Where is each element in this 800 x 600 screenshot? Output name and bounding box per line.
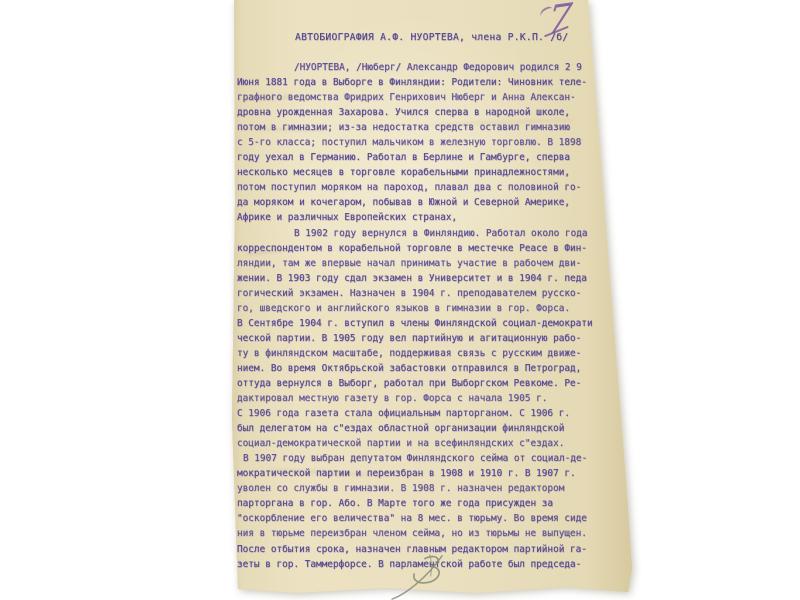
typed-line: уволен со службы в гимназии. В 1908 г. н… <box>237 481 582 496</box>
typed-line: "оскорбление его величества" на 8 мес. в… <box>237 511 582 526</box>
typed-line: да моряком и кочегаром, побывав в Южной … <box>237 195 582 210</box>
paper-sheet: АВТОБИОГРАФИЯ А.Ф. НУОРТЕВА, члена Р.К.П… <box>226 0 638 600</box>
typed-line: В 1907 году выбран депутатом Финляндског… <box>237 451 582 466</box>
typed-line: оттуда вернулся в Выборг, работал при Вы… <box>237 376 582 391</box>
typed-line: ческой партии. В 1905 году вел партийную… <box>237 331 582 346</box>
typed-line: с 5-го класса; поступил мальчиком в желе… <box>237 135 582 150</box>
typed-line: нием. Во время Октябрьской забастовки от… <box>237 361 582 376</box>
typed-line: дактировал местную газету в гор. Форса с… <box>237 391 582 406</box>
typed-line: ляндии, там же впервые начал принимать у… <box>237 256 582 271</box>
typed-line: гогический экзамен. Назначен в 1904 г. п… <box>237 286 582 301</box>
scan-canvas: АВТОБИОГРАФИЯ А.Ф. НУОРТЕВА, члена Р.К.П… <box>0 0 800 600</box>
typed-text-layer: АВТОБИОГРАФИЯ А.Ф. НУОРТЕВА, члена Р.К.П… <box>237 0 629 600</box>
typed-line: корреспондентом в корабельной торговле в… <box>237 241 582 256</box>
typed-line: несколько месяцев в торговле корабельным… <box>237 165 582 180</box>
handwritten-signature-mark-icon <box>383 551 455 600</box>
typed-line: дровна урожденная Захарова. Учился сперв… <box>237 105 582 120</box>
typed-line: потом поступил моряком на пароход, плава… <box>237 180 582 195</box>
paragraph-birth-and-youth: /НУОРТЕВА, /Нюберг/ Александр Федорович … <box>237 60 582 226</box>
typed-line: ния в тюрьме переизбран членом сейма, но… <box>237 526 582 541</box>
document-page: АВТОБИОГРАФИЯ А.Ф. НУОРТЕВА, члена Р.К.П… <box>226 0 638 600</box>
paragraph-return-and-party-work: В 1902 году вернулся в Финляндию. Работа… <box>237 226 582 452</box>
typed-line: В 1902 году вернулся в Финляндию. Работа… <box>237 226 582 241</box>
typed-line: социал-демократической партии и на всефи… <box>237 436 582 451</box>
typed-line: был делегатом на с"ездах областной орган… <box>237 421 582 436</box>
typed-line: графного ведомства Фридрих Генрихович Ню… <box>237 90 582 105</box>
typed-line: ту в финляндском масштабе, поддерживая с… <box>237 346 582 361</box>
document-body: /НУОРТЕВА, /Нюберг/ Александр Федорович … <box>237 60 582 572</box>
typed-line: жении. В 1903 году сдал экзамен в Универ… <box>237 271 582 286</box>
typed-line: парторгана в гор. Або. В Марте того же г… <box>237 496 582 511</box>
typed-line: С 1906 года газета стала официальным пар… <box>237 406 582 421</box>
typed-line: потом в гимназии; из-за недостатка средс… <box>237 120 582 135</box>
typed-line: году уехал в Германию. Работал в Берлине… <box>237 150 582 165</box>
handwritten-page-number: 7 <box>538 0 597 57</box>
document-title: АВТОБИОГРАФИЯ А.Ф. НУОРТЕВА, члена Р.К.П… <box>295 32 568 43</box>
typed-line: В Сентябре 1904 г. вступил в члены Финля… <box>237 316 582 331</box>
typed-line: мократической партии и переизбран в 1908… <box>237 466 582 481</box>
typed-line: /НУОРТЕВА, /Нюберг/ Александр Федорович … <box>237 60 582 75</box>
typed-line: го, шведского и английского языков в гим… <box>237 301 582 316</box>
typed-line: Июня 1881 года в Выборге в Финляндии: Ро… <box>237 75 582 90</box>
typed-line: Африке и различных Европейских странах, <box>237 210 582 225</box>
